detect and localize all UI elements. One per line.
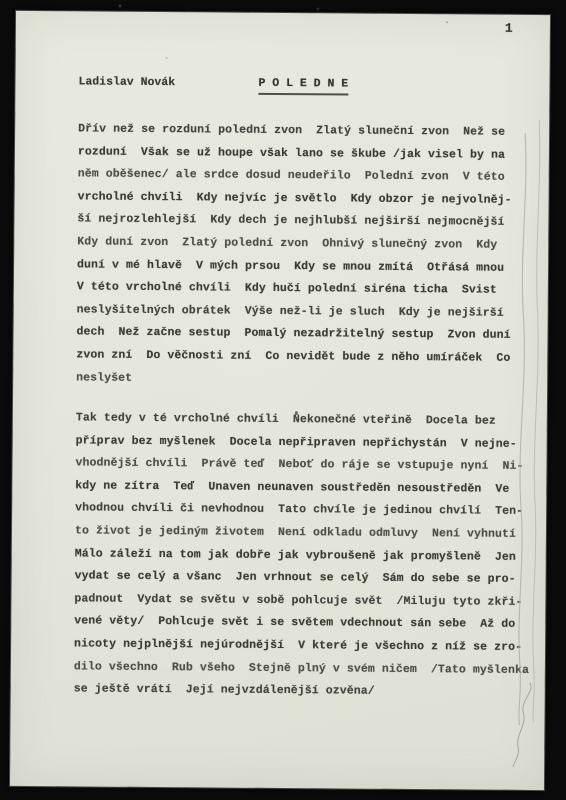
document-header: Ladislav Novák P O L E D N E — [15, 73, 549, 107]
poem-line: neslyšitelných obrátek Výše než-li je sl… — [77, 299, 537, 325]
poem-line: Kdy duní zvon Zlatý polední zvon Ohnivý … — [77, 231, 537, 257]
ink-speck — [295, 411, 298, 415]
poem-line: něm oběšenec/ ale srdce dosud neudeřilo … — [78, 164, 538, 190]
poem-stanza-1: Dřív než se rozduní polední zvon Zlatý s… — [76, 118, 538, 393]
paper-page: 1 Ladislav Novák P O L E D N E Dřív než … — [10, 11, 550, 790]
poem-line: vhodnější chvíli Právě teď Neboť do ráje… — [75, 453, 535, 479]
poem-stanza-2: Tak tedy v té vrcholné chvíli Nekonečné … — [74, 407, 536, 704]
document-title: P O L E D N E — [258, 77, 348, 96]
poem-line: padnout Vydat se světu v sobě pohlcuje s… — [74, 588, 534, 614]
poem-line: to život je jediným životem Není odkladu… — [75, 520, 535, 546]
author-name: Ladislav Novák — [78, 75, 175, 89]
poem-line: se ještě vrátí Její nejvzdálenější ozvěn… — [74, 679, 534, 705]
poem-line: neslyšet — [76, 367, 536, 393]
poem-line: Dřív než se rozduní polední zvon Zlatý s… — [78, 118, 538, 144]
scan-mount-background: 1 Ladislav Novák P O L E D N E Dřív než … — [0, 0, 566, 800]
ink-speck — [446, 21, 448, 23]
poem-line: Tak tedy v té vrcholné chvíli Nekonečné … — [76, 407, 536, 433]
ink-speck — [166, 57, 168, 59]
page-number: 1 — [505, 21, 513, 36]
